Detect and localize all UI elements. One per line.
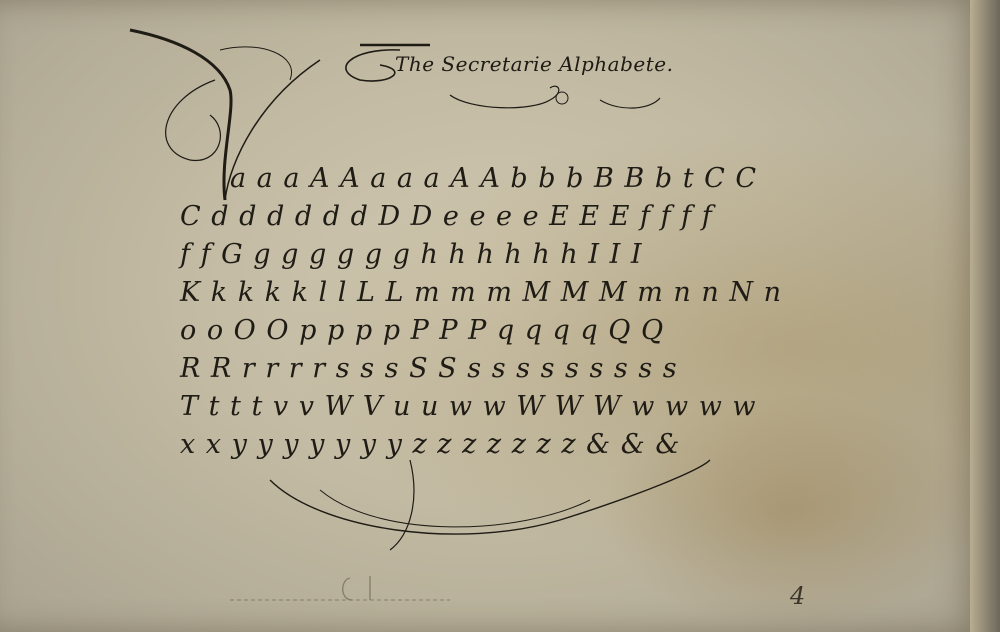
bottom-flourish [260, 440, 720, 560]
page-number: 4 [790, 582, 805, 610]
show-through-mark [230, 570, 450, 610]
alphabet-row: K k k k k l l L L m m m M M M m n n N n [180, 274, 880, 312]
page-title: The Secretarie Alphabete. [395, 52, 673, 76]
alphabet-row: C d d d d d d D D e e e e E E E f f f f [180, 198, 880, 236]
alphabet-row: a a a A A a a a A A b b b B B b t C C [180, 160, 880, 198]
alphabet-row: f f G g g g g g g h h h h h h I I I [180, 236, 880, 274]
alphabet-row: R R r r r r s s s S S s s s s s s s s s [180, 350, 880, 388]
alphabet-row: o o O O p p p p P P P q q q q Q Q [180, 312, 880, 350]
book-edge [970, 0, 1000, 632]
manuscript-page: The Secretarie Alphabete. a a a A A a a … [0, 0, 985, 632]
alphabet-row: T t t t v v W V u u w w W W W w w w w [180, 388, 880, 426]
alphabet-block: a a a A A a a a A A b b b B B b t C C C … [180, 160, 880, 464]
